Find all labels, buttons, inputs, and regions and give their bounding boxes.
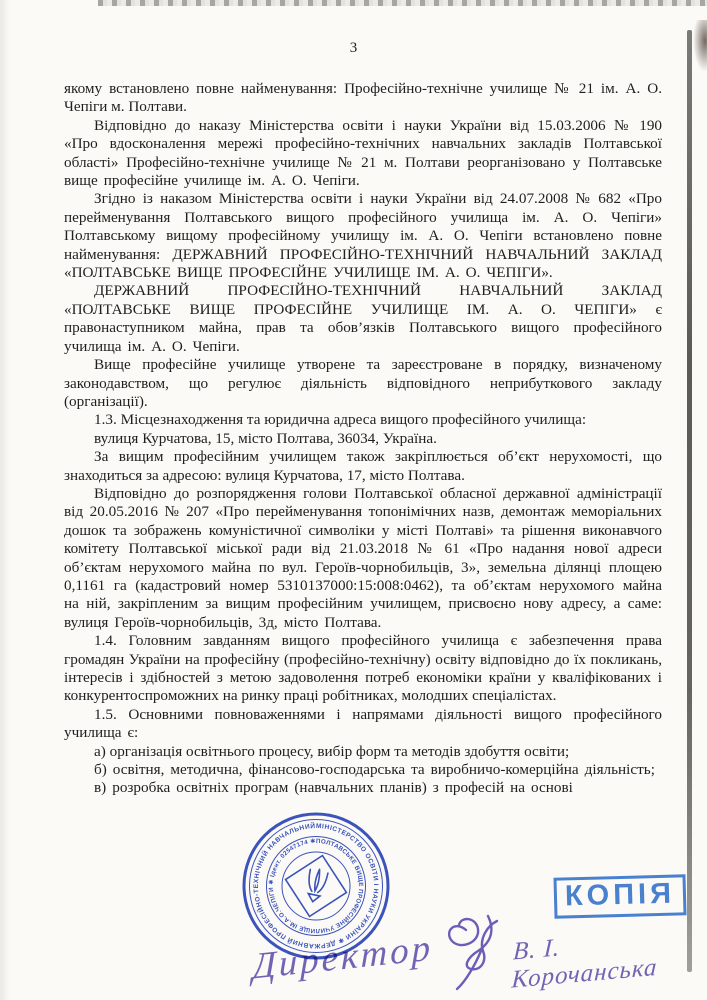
paragraph: вулиця Курчатова, 15, місто Полтава, 360… — [64, 430, 662, 448]
paragraph: 1.5. Основними повноваженнями і напрямам… — [64, 706, 662, 743]
stamp-inner-circle — [267, 837, 366, 936]
paragraph: 1.3. Місцезнаходження та юридична адреса… — [64, 411, 662, 429]
paragraph: Відповідно до розпорядження голови Полта… — [64, 485, 662, 632]
paragraph: ДЕРЖАВНИЙ ПРОФЕСІЙНО-ТЕХНІЧНИЙ НАВЧАЛЬНИ… — [64, 282, 662, 356]
paragraph: Відповідно до наказу Міністерства освіти… — [64, 117, 662, 191]
stamp-core-circle — [282, 852, 350, 920]
handwritten-signature-name: В. І. Корочанська — [511, 921, 707, 994]
paragraph: 1.4. Головним завданням вищого професійн… — [64, 632, 662, 706]
copy-stamp: КОПІЯ — [553, 874, 686, 918]
paragraph: За вищим професійним училищем також закр… — [64, 448, 662, 485]
scan-edge-artifact-top — [98, 0, 707, 6]
document-body: якому встановлено повне найменування: Пр… — [64, 80, 662, 798]
paragraph: а) організація освітнього процесу, вибір… — [64, 743, 662, 761]
paragraph: якому встановлено повне найменування: Пр… — [64, 80, 662, 117]
paragraph: б) освітня, методична, фінансово-господа… — [64, 761, 662, 779]
page-number: 3 — [0, 40, 707, 57]
trident-emblem-icon — [279, 849, 353, 923]
paragraph: Згідно із наказом Міністерства освіти і … — [64, 190, 662, 282]
scan-edge-artifact-right — [687, 30, 692, 972]
scan-edge-shade-left — [0, 0, 10, 1000]
paragraph: Вище професійне училище утворене та заре… — [64, 356, 662, 411]
paragraph: в) розробка освітніх програм (навчальних… — [64, 779, 662, 797]
scanned-document-page: 3 якому встановлено повне найменування: … — [0, 0, 707, 1000]
